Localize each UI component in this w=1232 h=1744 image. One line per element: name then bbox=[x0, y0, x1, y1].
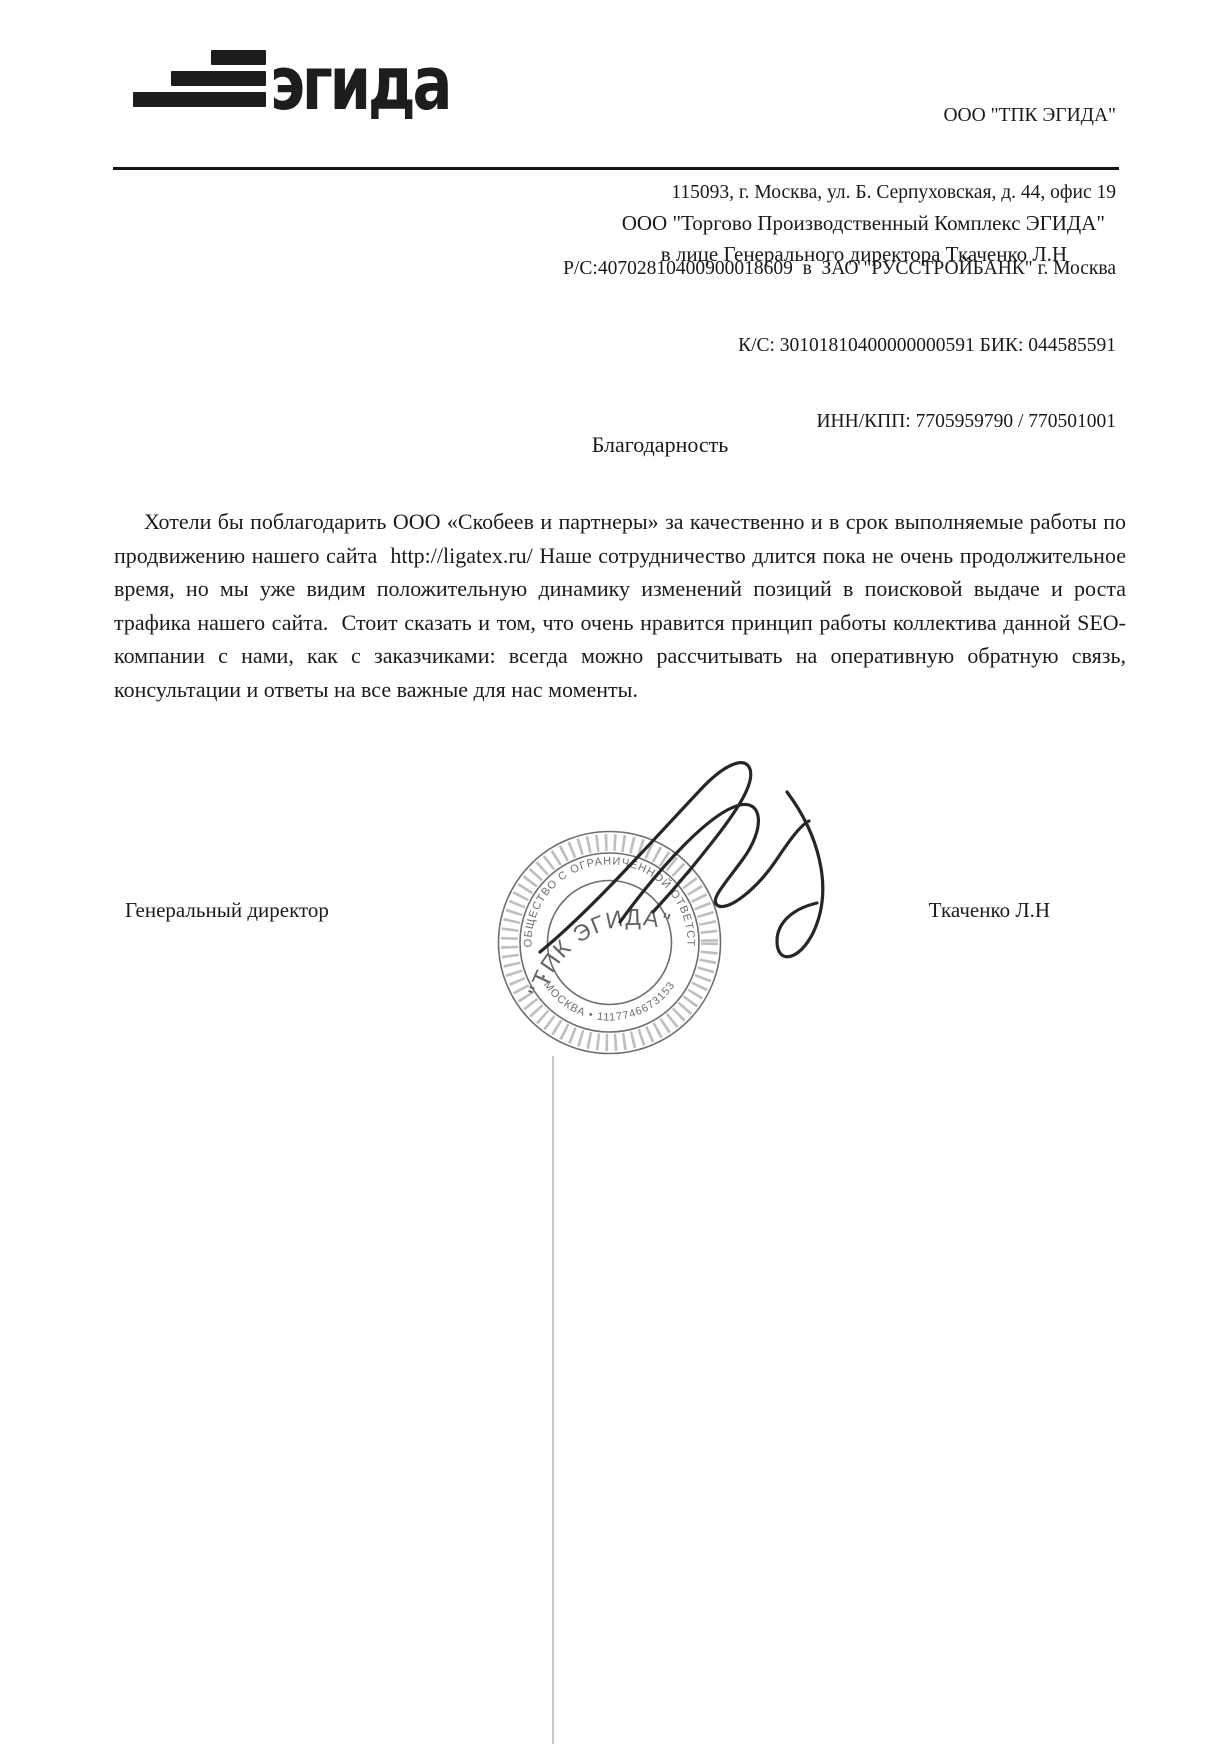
letter-page: эгида ООО "ТПК ЭГИДА" 115093, г. Москва,… bbox=[0, 0, 1232, 1744]
signer-name: Ткаченко Л.Н bbox=[929, 898, 1125, 923]
company-corr-account-line: К/С: 30101810400000000591 БИК: 044585591 bbox=[563, 333, 1116, 359]
signature-stroke bbox=[777, 792, 823, 957]
company-inn-kpp-line: ИНН/КПП: 7705959790 / 770501001 bbox=[563, 409, 1116, 435]
signature-autograph-icon bbox=[525, 737, 895, 982]
signature-row: Генеральный директор Ткаченко Л.Н bbox=[125, 898, 1125, 923]
company-logo: эгида bbox=[133, 50, 494, 117]
addressee-company: ООО "Торгово Производственный Комплекс Э… bbox=[622, 208, 1105, 239]
letter-title: Благодарность bbox=[420, 432, 900, 458]
addressee-block: ООО "Торгово Производственный Комплекс Э… bbox=[622, 208, 1105, 270]
company-address-line: 115093, г. Москва, ул. Б. Серпуховская, … bbox=[563, 180, 1116, 206]
letterhead-divider bbox=[113, 167, 1119, 170]
signature-stroke bbox=[540, 763, 751, 952]
logo-bars-icon bbox=[133, 50, 266, 107]
logo-bar bbox=[133, 92, 266, 107]
logo-bar bbox=[171, 71, 266, 86]
addressee-director: в лице Генерального директора Ткаченко Л… bbox=[622, 239, 1105, 270]
scan-artifact-line bbox=[552, 1056, 554, 1744]
logo-bar bbox=[211, 50, 266, 65]
signer-role: Генеральный директор bbox=[125, 898, 329, 923]
logo-wordmark: эгида bbox=[270, 51, 449, 117]
company-name-line: ООО "ТПК ЭГИДА" bbox=[563, 103, 1116, 129]
letter-body: Хотели бы поблагодарить ООО «Скобеев и п… bbox=[114, 505, 1126, 706]
